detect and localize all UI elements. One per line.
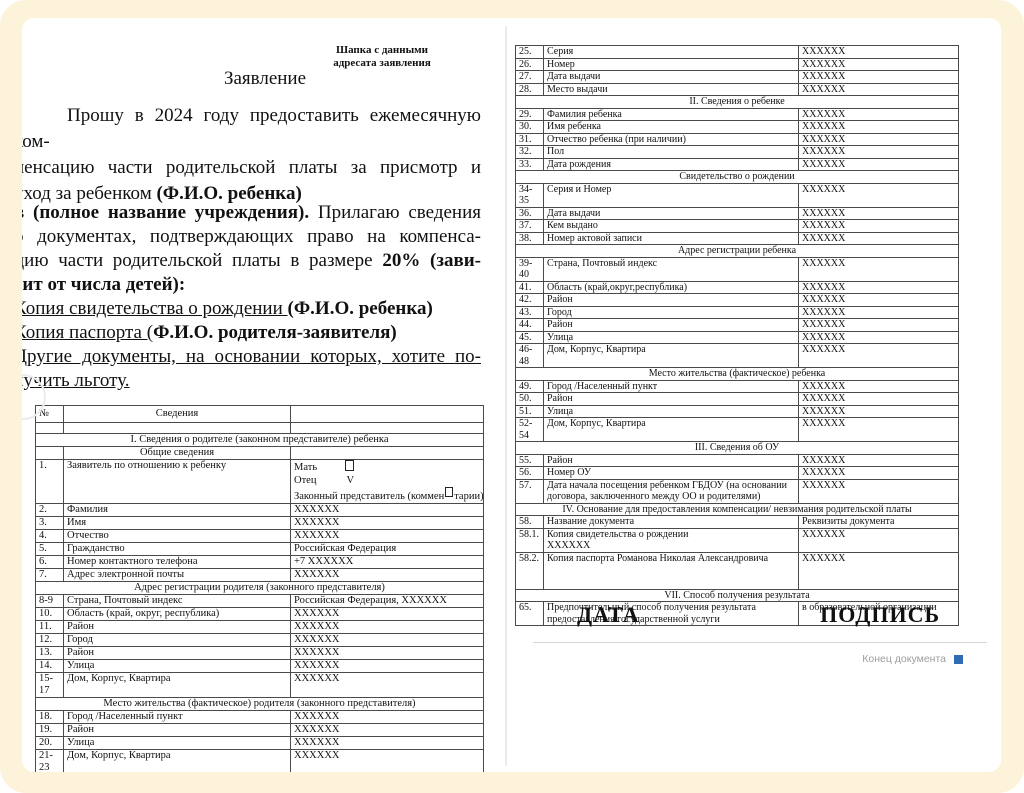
row-label-cell: Район [544,454,799,467]
table-row: 56.Номер ОУXXXXXX [516,467,959,480]
table-header-row: №Сведения [36,406,484,423]
row-label-cell: Серия [544,46,799,59]
row-value-cell: XXXXXX [291,504,484,517]
document-title: Заявление [155,68,375,90]
table-row: 55.РайонXXXXXX [516,454,959,467]
section-title-cell: Адрес регистрации ребенка [516,245,959,258]
table-section-row: I. Сведения о родителе (законном предста… [36,434,484,447]
table-section-row: VII. Способ получения результата [516,589,959,602]
text-line: пенсацию части родительской платы за при… [22,155,481,181]
row-number-cell: 51. [516,405,544,418]
row-label-cell: Район [64,647,291,660]
row-label-cell: Дом, Корпус, Квартира [544,344,799,368]
row-label-cell: Серия и Номер [544,183,799,207]
row-label-cell: Улица [64,737,291,750]
row-value-cell: XXXXXX [291,724,484,737]
row-value-cell: XXXXXX [799,46,959,59]
table-row: 58.1.Копия свидетельства о рождении XXXX… [516,528,959,552]
row-label-cell: Улица [544,331,799,344]
table-row: 7.Адрес электронной почтыXXXXXX [36,569,484,582]
table-row: 37.Кем выданоXXXXXX [516,220,959,233]
section-title-cell: IV. Основание для предоставления компенс… [516,503,959,516]
row-number-cell: 10. [36,608,64,621]
table-row: 29.Фамилия ребенкаXXXXXX [516,108,959,121]
row-label-cell: Район [544,393,799,406]
table-row: 32.ПолXXXXXX [516,146,959,159]
row-label-cell: Дом, Корпус, Квартира [64,673,291,698]
table-row: 49.Город /Населенный пунктXXXXXX [516,380,959,393]
text-line: сит от числа детей): [22,273,481,297]
table-row: 27.Дата выдачиXXXXXX [516,71,959,84]
text-line: Прошу в 2024 году предоставить ежемесячн… [22,103,481,155]
row-value-cell: Реквизиты документа [799,516,959,529]
header-label-cell: Сведения [64,406,291,423]
date-signature-row: ДАТА ПОДПИСЬ [515,602,958,628]
row-value-cell: XXXXXX [799,467,959,480]
page-divider [505,26,507,766]
text-line: Другие документы, на основании которых, … [22,345,481,369]
table-row: 28.Место выдачиXXXXXX [516,83,959,96]
choice-option: ОтецV [294,474,480,487]
text-line: лучить льготу. [22,369,481,393]
table-row: 42.РайонXXXXXX [516,294,959,307]
row-number-cell: 58.2. [516,552,544,589]
end-marker-label: Конец документа [862,653,946,665]
row-number-cell: 32. [516,146,544,159]
row-number-cell: 8-9 [36,595,64,608]
row-number-cell: 18. [36,711,64,724]
row-value-cell: XXXXXX [291,517,484,530]
choice-option: Мать [294,460,480,474]
row-number-cell: 57. [516,479,544,503]
row-value-cell: XXXXXX [799,133,959,146]
row-number-cell: 43. [516,306,544,319]
table-row: 57.Дата начала посещения ребенком ГБДОУ … [516,479,959,503]
signature-label: ПОДПИСЬ [820,602,940,628]
choice-option: Законный представитель (комментарии) [294,487,480,503]
addressee-note-line1: Шапка с данными [302,44,462,57]
row-value-cell: Российская Федерация, XXXXXX [291,595,484,608]
table-row: 58.Название документаРеквизиты документа [516,516,959,529]
text-line: цию части родительской платы в размере 2… [22,249,481,273]
checkmark-v: V [346,475,354,486]
row-number-cell: 5. [36,543,64,556]
table-section-row: III. Сведения об ОУ [516,442,959,455]
row-label-cell: Место выдачи [544,83,799,96]
table-section-row: IV. Основание для предоставления компенс… [516,503,959,516]
table-row: 4.ОтчествоXXXXXX [36,530,484,543]
row-label-cell: Район [544,294,799,307]
row-label-cell: Страна, Почтовый индекс [544,257,799,281]
row-number-cell: 44. [516,319,544,332]
row-label-cell: Страна, Почтовый индекс [64,595,291,608]
table-row: 50.РайонXXXXXX [516,393,959,406]
row-value-cell: +7 XXXXXX [291,556,484,569]
addressee-header-note: Шапка с данными адресата заявления [302,44,462,70]
table-row: 26.НомерXXXXXX [516,58,959,71]
table-subsection-row: Общие сведения [36,447,484,460]
row-value-cell: XXXXXX [799,380,959,393]
text-line: Копия паспорта (Ф.И.О. родителя-заявител… [22,321,481,345]
table-row: 34-35Серия и НомерXXXXXX [516,183,959,207]
table-row: 36.Дата выдачиXXXXXX [516,207,959,220]
row-number-cell: 55. [516,454,544,467]
row-value-cell: XXXXXX [799,393,959,406]
row-number-cell: 12. [36,634,64,647]
table-row: 58.2.Копия паспорта Романова Николая Але… [516,552,959,589]
row-value-cell: XXXXXX [799,257,959,281]
row-number-cell: 21-23 [36,750,64,773]
row-number-cell: 3. [36,517,64,530]
section-title-cell: Место жительства (фактическое) ребенка [516,368,959,381]
row-number-cell: 19. [36,724,64,737]
row-number-cell: 7. [36,569,64,582]
row-label-cell: Город [64,634,291,647]
row-label-cell: Гражданство [64,543,291,556]
row-value-cell: XXXXXX [799,71,959,84]
table-row: 6.Номер контактного телефона+7 XXXXXX [36,556,484,569]
table-row: 44.РайонXXXXXX [516,319,959,332]
table-row: 8-9Страна, Почтовый индексРоссийская Фед… [36,595,484,608]
header-value-cell [291,406,484,423]
end-marker-square-icon [954,655,963,664]
row-label-cell: Город [544,306,799,319]
row-value-cell: XXXXXX [799,405,959,418]
table-row: 51.УлицаXXXXXX [516,405,959,418]
row-label-cell [64,423,291,434]
table-row: 30.Имя ребенкаXXXXXX [516,121,959,134]
table-row: 52-54Дом, Корпус, КвартираXXXXXX [516,418,959,442]
row-number-cell: 49. [516,380,544,393]
row-number-cell: 52-54 [516,418,544,442]
table-row: 1.Заявитель по отношению к ребенкуМатьОт… [36,460,484,504]
end-of-document-marker: Конец документа [533,651,963,667]
row-value-cell: XXXXXX [799,454,959,467]
row-value-cell: XXXXXX [799,294,959,307]
row-number-cell: 4. [36,530,64,543]
table-row: 38.Номер актовой записиXXXXXX [516,232,959,245]
table-row: 41.Область (край,округ,республика)XXXXXX [516,281,959,294]
row-number-cell: 58.1. [516,528,544,552]
row-number-cell: 11. [36,621,64,634]
row-label-cell: Дата рождения [544,158,799,171]
table-section-row: II. Сведения о ребенке [516,96,959,109]
table-row: 13.РайонXXXXXX [36,647,484,660]
text-line: о документах, подтверждающих право на ко… [22,225,481,249]
row-value-cell: XXXXXX [291,711,484,724]
row-label-cell: Номер контактного телефона [64,556,291,569]
row-value-cell: XXXXXX [291,737,484,750]
row-number-cell: 33. [516,158,544,171]
row-value-cell: XXXXXX [799,331,959,344]
row-number-cell: 34-35 [516,183,544,207]
table-row: 43.ГородXXXXXX [516,306,959,319]
section-title-cell: VII. Способ получения результата [516,589,959,602]
table-row: 10.Область (край, округ, республика)XXXX… [36,608,484,621]
row-label-cell: Улица [64,660,291,673]
row-value-cell: XXXXXX [799,158,959,171]
parent-info-table: №СведенияI. Сведения о родителе (законно… [35,405,484,772]
table-row: 2.ФамилияXXXXXX [36,504,484,517]
row-label-cell: Кем выдано [544,220,799,233]
row-label-cell: Номер [544,58,799,71]
table-section-row: Место жительства (фактическое) ребенка [516,368,959,381]
row-label-cell: Отчество [64,530,291,543]
row-value-cell: XXXXXX [291,608,484,621]
table-row: 18.Город /Населенный пунктXXXXXX [36,711,484,724]
date-label: ДАТА [577,602,640,628]
table-row: 15-17Дом, Корпус, КвартираXXXXXX [36,673,484,698]
row-number-cell: 31. [516,133,544,146]
row-label-cell: Дата начала посещения ребенком ГБДОУ (на… [544,479,799,503]
row-value-cell: XXXXXX [799,83,959,96]
row-label-cell: Имя [64,517,291,530]
table-row: 5.ГражданствоРоссийская Федерация [36,543,484,556]
row-label-cell: Улица [544,405,799,418]
row-value-cell: XXXXXX [799,418,959,442]
row-number-cell: 25. [516,46,544,59]
row-label-cell: Область (край, округ, республика) [64,608,291,621]
row-label-cell: Дом, Корпус, Квартира [64,750,291,773]
row-value-cell: Российская Федерация [291,543,484,556]
row-label-cell: Копия паспорта Романова Николая Александ… [544,552,799,589]
section-title-cell: III. Сведения об ОУ [516,442,959,455]
table-row: 46-48Дом, Корпус, КвартираXXXXXX [516,344,959,368]
row-number-cell: 56. [516,467,544,480]
row-number-cell [36,447,64,460]
row-value-cell: XXXXXX [291,621,484,634]
table-section-row: Место жительства (фактическое) родителя … [36,698,484,711]
row-number-cell: 58. [516,516,544,529]
row-value-cell: XXXXXX [291,660,484,673]
row-value-cell [291,423,484,434]
row-number-cell: 27. [516,71,544,84]
table-row: 20.УлицаXXXXXX [36,737,484,750]
section-title-cell: II. Сведения о ребенке [516,96,959,109]
table-row: 14.УлицаXXXXXX [36,660,484,673]
row-label-cell: Номер ОУ [544,467,799,480]
row-number-cell: 42. [516,294,544,307]
row-value-cell [291,447,484,460]
row-label-cell: Заявитель по отношению к ребенку [64,460,291,504]
row-number-cell: 38. [516,232,544,245]
row-value-cell: МатьОтецVЗаконный представитель (коммент… [291,460,484,504]
table-row: 19.РайонXXXXXX [36,724,484,737]
row-label-cell: Дата выдачи [544,71,799,84]
row-number-cell: 50. [516,393,544,406]
row-value-cell: XXXXXX [799,479,959,503]
row-number-cell: 30. [516,121,544,134]
row-number-cell: 45. [516,331,544,344]
table-row: 39-40Страна, Почтовый индексXXXXXX [516,257,959,281]
table-section-row: Адрес регистрации ребенка [516,245,959,258]
table-row: 3.ИмяXXXXXX [36,517,484,530]
table-section-row: Адрес регистрации родителя (законного пр… [36,582,484,595]
section-title-cell: Адрес регистрации родителя (законного пр… [36,582,484,595]
row-number-cell: 6. [36,556,64,569]
table-row: 45.УлицаXXXXXX [516,331,959,344]
table-row: 31.Отчество ребенка (при наличии)XXXXXX [516,133,959,146]
row-number-cell: 37. [516,220,544,233]
row-number-cell: 13. [36,647,64,660]
row-number-cell: 26. [516,58,544,71]
row-value-cell: XXXXXX [291,634,484,647]
row-value-cell: XXXXXX [799,552,959,589]
row-label-cell: Область (край,округ,республика) [544,281,799,294]
section-title-cell: I. Сведения о родителе (законном предста… [36,434,484,447]
table-row: 12.ГородXXXXXX [36,634,484,647]
row-label-cell: Дата выдачи [544,207,799,220]
row-label-cell: Фамилия ребенка [544,108,799,121]
text-line: в (полное название учреждения). Прилагаю… [22,201,481,225]
row-value-cell: XXXXXX [799,344,959,368]
row-number-cell: 28. [516,83,544,96]
row-number-cell: 2. [36,504,64,517]
row-label-cell: Адрес электронной почты [64,569,291,582]
row-label-cell: Пол [544,146,799,159]
table-row: 21-23Дом, Корпус, КвартираXXXXXX [36,750,484,773]
subsection-title-cell: Общие сведения [64,447,291,460]
row-value-cell: XXXXXX [799,58,959,71]
row-value-cell: XXXXXX [291,569,484,582]
end-of-document-divider [533,642,987,643]
row-value-cell: XXXXXX [799,207,959,220]
table-row: 25.СерияXXXXXX [516,46,959,59]
row-value-cell: XXXXXX [799,528,959,552]
row-label-cell: Имя ребенка [544,121,799,134]
row-value-cell: XXXXXX [799,306,959,319]
row-label-cell: Район [64,724,291,737]
row-value-cell: XXXXXX [799,121,959,134]
row-value-cell: XXXXXX [799,220,959,233]
row-label-cell: Город /Населенный пункт [64,711,291,724]
row-number-cell: 14. [36,660,64,673]
child-info-table: 25.СерияXXXXXX26.НомерXXXXXX27.Дата выда… [515,45,959,626]
screen: { "colors": { "page_background": "#FDF3D… [0,0,1024,793]
row-label-cell: Дом, Корпус, Квартира [544,418,799,442]
row-label-cell: Город /Населенный пункт [544,380,799,393]
row-number-cell: 1. [36,460,64,504]
text-line: Копия свидетельства о рождении (Ф.И.О. р… [22,297,481,321]
row-value-cell: XXXXXX [291,673,484,698]
row-label-cell: Район [544,319,799,332]
row-number-cell: 41. [516,281,544,294]
row-label-cell: Отчество ребенка (при наличии) [544,133,799,146]
row-value-cell: XXXXXX [291,647,484,660]
document-viewer-canvas: Шапка с данными адресата заявления Заявл… [22,18,1001,772]
checkbox-empty-icon [345,460,354,471]
row-number-cell: 20. [36,737,64,750]
application-paragraph-2: в (полное название учреждения). Прилагаю… [22,201,481,393]
checkbox-inline-icon [445,487,453,497]
row-value-cell: XXXXXX [799,108,959,121]
row-value-cell: XXXXXX [799,146,959,159]
row-label-cell: Копия свидетельства о рождении XXXXXX [544,528,799,552]
row-number-cell [36,423,64,434]
row-label-cell: Название документа [544,516,799,529]
table-section-row: Свидетельство о рождении [516,171,959,184]
row-number-cell: 36. [516,207,544,220]
row-number-cell: 39-40 [516,257,544,281]
row-label-cell: Номер актовой записи [544,232,799,245]
row-value-cell: XXXXXX [799,183,959,207]
table-row: 11.РайонXXXXXX [36,621,484,634]
table-row: 33.Дата рожденияXXXXXX [516,158,959,171]
row-value-cell: XXXXXX [799,232,959,245]
table-empty-row [36,423,484,434]
row-number-cell: 15-17 [36,673,64,698]
section-title-cell: Место жительства (фактическое) родителя … [36,698,484,711]
row-number-cell: 46-48 [516,344,544,368]
row-value-cell: XXXXXX [291,530,484,543]
row-value-cell: XXXXXX [799,319,959,332]
row-value-cell: XXXXXX [799,281,959,294]
row-value-cell: XXXXXX [291,750,484,773]
row-label-cell: Фамилия [64,504,291,517]
section-title-cell: Свидетельство о рождении [516,171,959,184]
row-label-cell: Район [64,621,291,634]
row-number-cell: 29. [516,108,544,121]
application-paragraph-1: Прошу в 2024 году предоставить ежемесячн… [22,103,481,207]
